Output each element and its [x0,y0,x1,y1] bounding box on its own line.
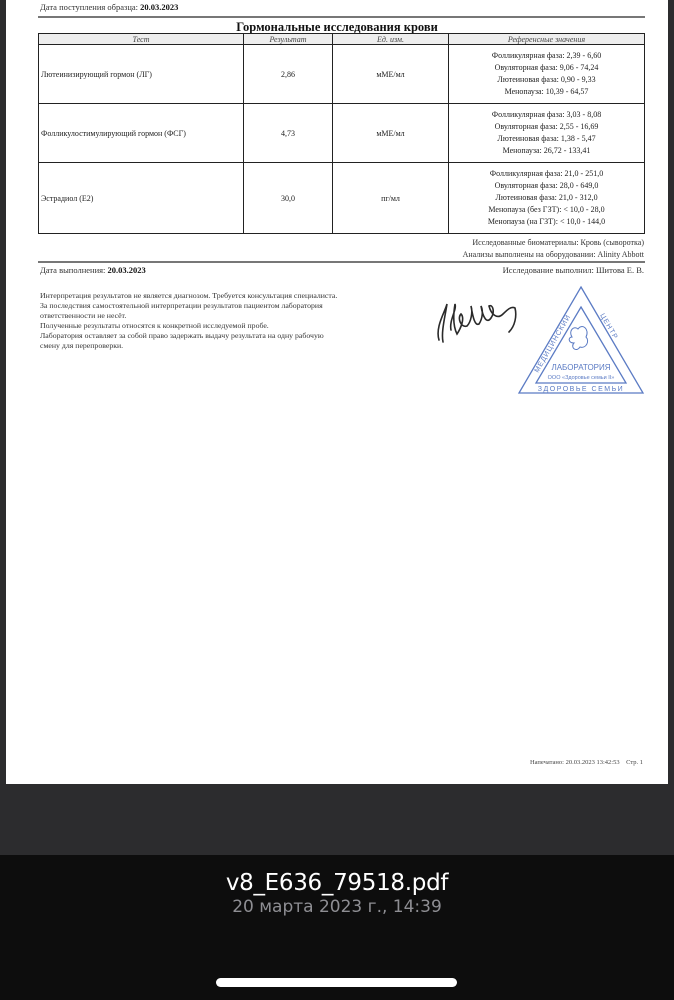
laboratory-stamp-icon: ЛАБОРАТОРИЯ ООО «Здоровье семьи II» ЗДОР… [516,285,646,397]
received-date-line: Дата поступления образца: 20.03.2023 [40,2,178,12]
test-name: Лютеинизирующий гормон (ЛГ) [39,45,244,104]
test-result: 4,73 [244,104,333,163]
column-header-result: Результат [244,34,333,45]
column-header-test: Тест [39,34,244,45]
pdf-viewer[interactable]: Дата поступления образца: 20.03.2023 Гор… [0,0,674,855]
printed-footer: Напечатано: 20.03.2023 13:42:53 Стр. 1 [530,759,643,766]
test-name: Фолликулостимулирующий гормон (ФСГ) [39,104,244,163]
test-result: 30,0 [244,163,333,234]
completed-date: 20.03.2023 [108,265,146,275]
performer: Исследование выполнил: Шитова Е. В. [503,265,644,275]
test-name: Эстрадиол (Е2) [39,163,244,234]
test-unit: мМЕ/мл [333,104,449,163]
table-header: Тест Результат Ед. изм. Референсные знач… [39,34,645,45]
test-unit: мМЕ/мл [333,45,449,104]
svg-text:ЗДОРОВЬЕ СЕМЬИ: ЗДОРОВЬЕ СЕМЬИ [538,386,624,393]
column-header-unit: Ед. изм. [333,34,449,45]
divider [38,16,645,18]
file-name: v8_E636_79518.pdf [0,870,674,896]
home-indicator[interactable] [216,978,457,987]
received-date: 20.03.2023 [140,2,178,12]
file-info: v8_E636_79518.pdf 20 марта 2023 г., 14:3… [0,870,674,917]
completed-date-line: Дата выполнения: 20.03.2023 [40,265,146,275]
equipment-note: Анализы выполнены на оборудовании: Alini… [463,250,644,259]
svg-text:ООО «Здоровье семьи II»: ООО «Здоровье семьи II» [548,375,615,381]
pdf-page: Дата поступления образца: 20.03.2023 Гор… [6,0,668,784]
table-row: Фолликулостимулирующий гормон (ФСГ) 4,73… [39,104,645,163]
file-date: 20 марта 2023 г., 14:39 [0,897,674,917]
table-row: Лютеинизирующий гормон (ЛГ) 2,86 мМЕ/мл … [39,45,645,104]
reference-values: Фолликулярная фаза: 21,0 - 251,0 Овулято… [449,163,645,234]
page-number: Стр. 1 [626,759,643,766]
test-result: 2,86 [244,45,333,104]
test-unit: пг/мл [333,163,449,234]
reference-values: Фолликулярная фаза: 2,39 - 6,60 Овулятор… [449,45,645,104]
table-row: Эстрадиол (Е2) 30,0 пг/мл Фолликулярная … [39,163,645,234]
svg-text:ЛАБОРАТОРИЯ: ЛАБОРАТОРИЯ [551,363,610,372]
biomaterial-note: Исследованные биоматериалы: Кровь (сывор… [472,238,644,247]
results-table: Тест Результат Ед. изм. Референсные знач… [38,33,645,234]
column-header-reference: Референсные значения [449,34,645,45]
svg-text:ЦЕНТР: ЦЕНТР [598,313,618,341]
divider [38,261,645,263]
reference-values: Фолликулярная фаза: 3,03 - 8,08 Овулятор… [449,104,645,163]
disclaimer: Интерпретация результатов не является ди… [40,291,440,351]
